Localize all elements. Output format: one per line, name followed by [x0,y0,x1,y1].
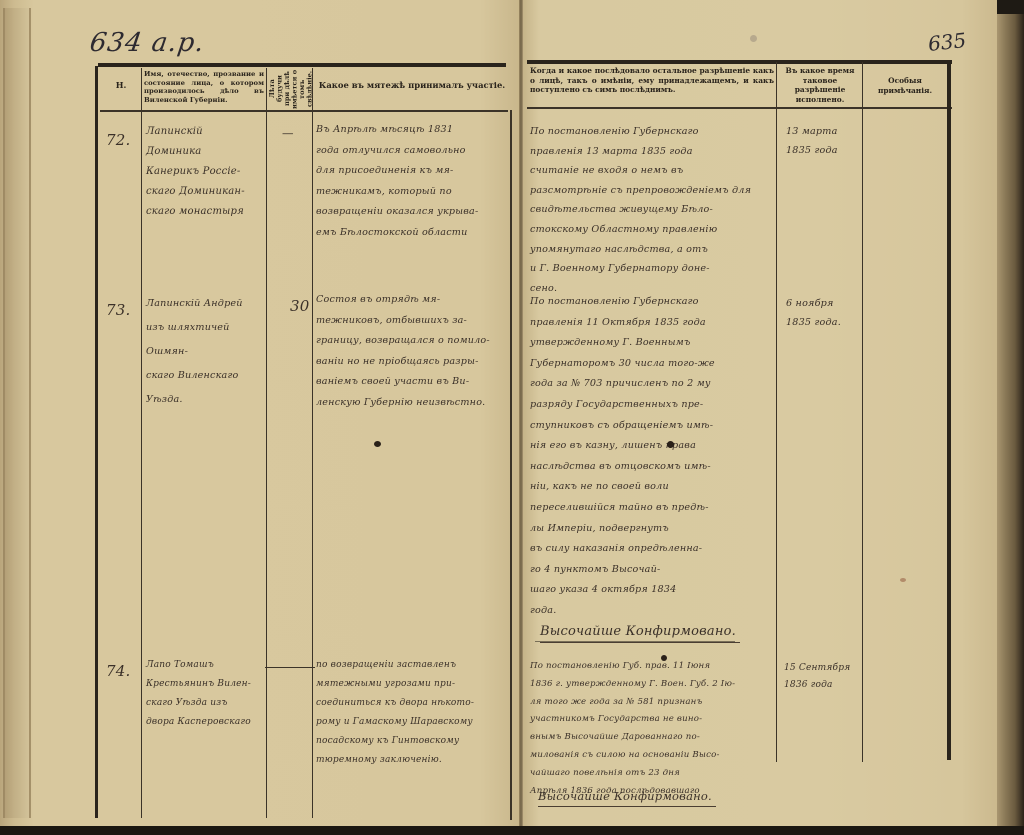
entry-74-name: Лапо Томашъ Крестьянинъ Вилен- скаго Уѣз… [146,656,268,732]
header-participation: Какое въ мятежѣ принималъ участіе. [316,80,508,90]
entry-73-age: 30 [290,298,310,314]
ledger-spread: 634 a.p. 635 Н. Имя, отечество, прозвани… [0,0,1024,835]
top-rule-right [527,60,952,64]
entry-72-executed: 13 марта 1835 года [786,122,862,160]
entry-74-separator-right [535,641,735,642]
ink-speck [661,655,667,661]
paper-spot [900,578,906,582]
entry-73-confirmation: Высочайше Конфирмовано. [540,622,740,643]
entry-73-name: Лапинскій Андрей изъ шляхтичей Ошмян- ск… [146,292,268,412]
header-name: Имя, отечество, прозвание и состояние ли… [144,70,264,104]
entry-72-participation: Въ Апрѣлѣ мѣсяцѣ 1831 года отлучился сам… [316,120,512,243]
top-rule-left [98,63,506,67]
col-divider-num [141,68,142,818]
entry-73-resolution: По постановленію Губернскаго правленія 1… [530,292,776,622]
header-bottom-rule-right [527,107,952,109]
entry-72-number: 72. [106,132,130,148]
book-gutter [519,0,523,828]
header-age: Лѣта будучи при дѣлѣ имѣется о томъ свѣд… [269,68,311,110]
ink-speck [667,441,674,448]
header-notes: Особыя примѣчанія. [864,76,946,95]
entry-74-confirmation: Высочайше Конфирмовано. [538,786,716,807]
page-stack-edge [3,8,31,818]
scan-bottom-edge [0,826,1024,835]
col-divider-age [312,68,313,818]
entry-74-executed: 15 Сентября 1836 года [784,660,864,694]
header-resolution: Когда и какое послѣдовало остальное разр… [530,66,774,95]
header-bottom-rule-left [100,110,508,112]
ink-speck [374,441,381,447]
entry-74-participation: по возвращеніи заставленъ мятежными угро… [316,656,512,770]
paper-spot [750,35,757,42]
entry-72-name: Лапинскій Доминика Канерикъ Россіе- скаг… [146,122,268,222]
entry-73-participation: Состоя въ отрядѣ мя- тежниковъ, отбывших… [316,290,512,413]
header-executed: Въ какое время таковое разрѣшеніе исполн… [778,66,862,104]
right-border-rule [947,60,951,760]
col-divider-resolution [776,62,777,762]
entry-72-age: — [282,123,294,144]
entry-74-resolution: По постановленію Губ. прав. 11 Іюня 1836… [530,658,778,800]
folio-left: 634 a.p. [88,28,207,58]
col-divider-executed [862,62,863,762]
right-page-stack-edge [997,14,1024,828]
folio-right: 635 [927,28,967,56]
entry-73-executed: 6 ноября 1835 года. [786,294,862,332]
entry-72-resolution: По постановленію Губернскаго правленія 1… [530,122,776,298]
left-border-rule [95,66,98,818]
entry-74-number: 74. [106,663,130,679]
header-number: Н. [102,80,140,90]
entry-74-separator [265,667,315,668]
entry-73-number: 73. [106,302,130,318]
